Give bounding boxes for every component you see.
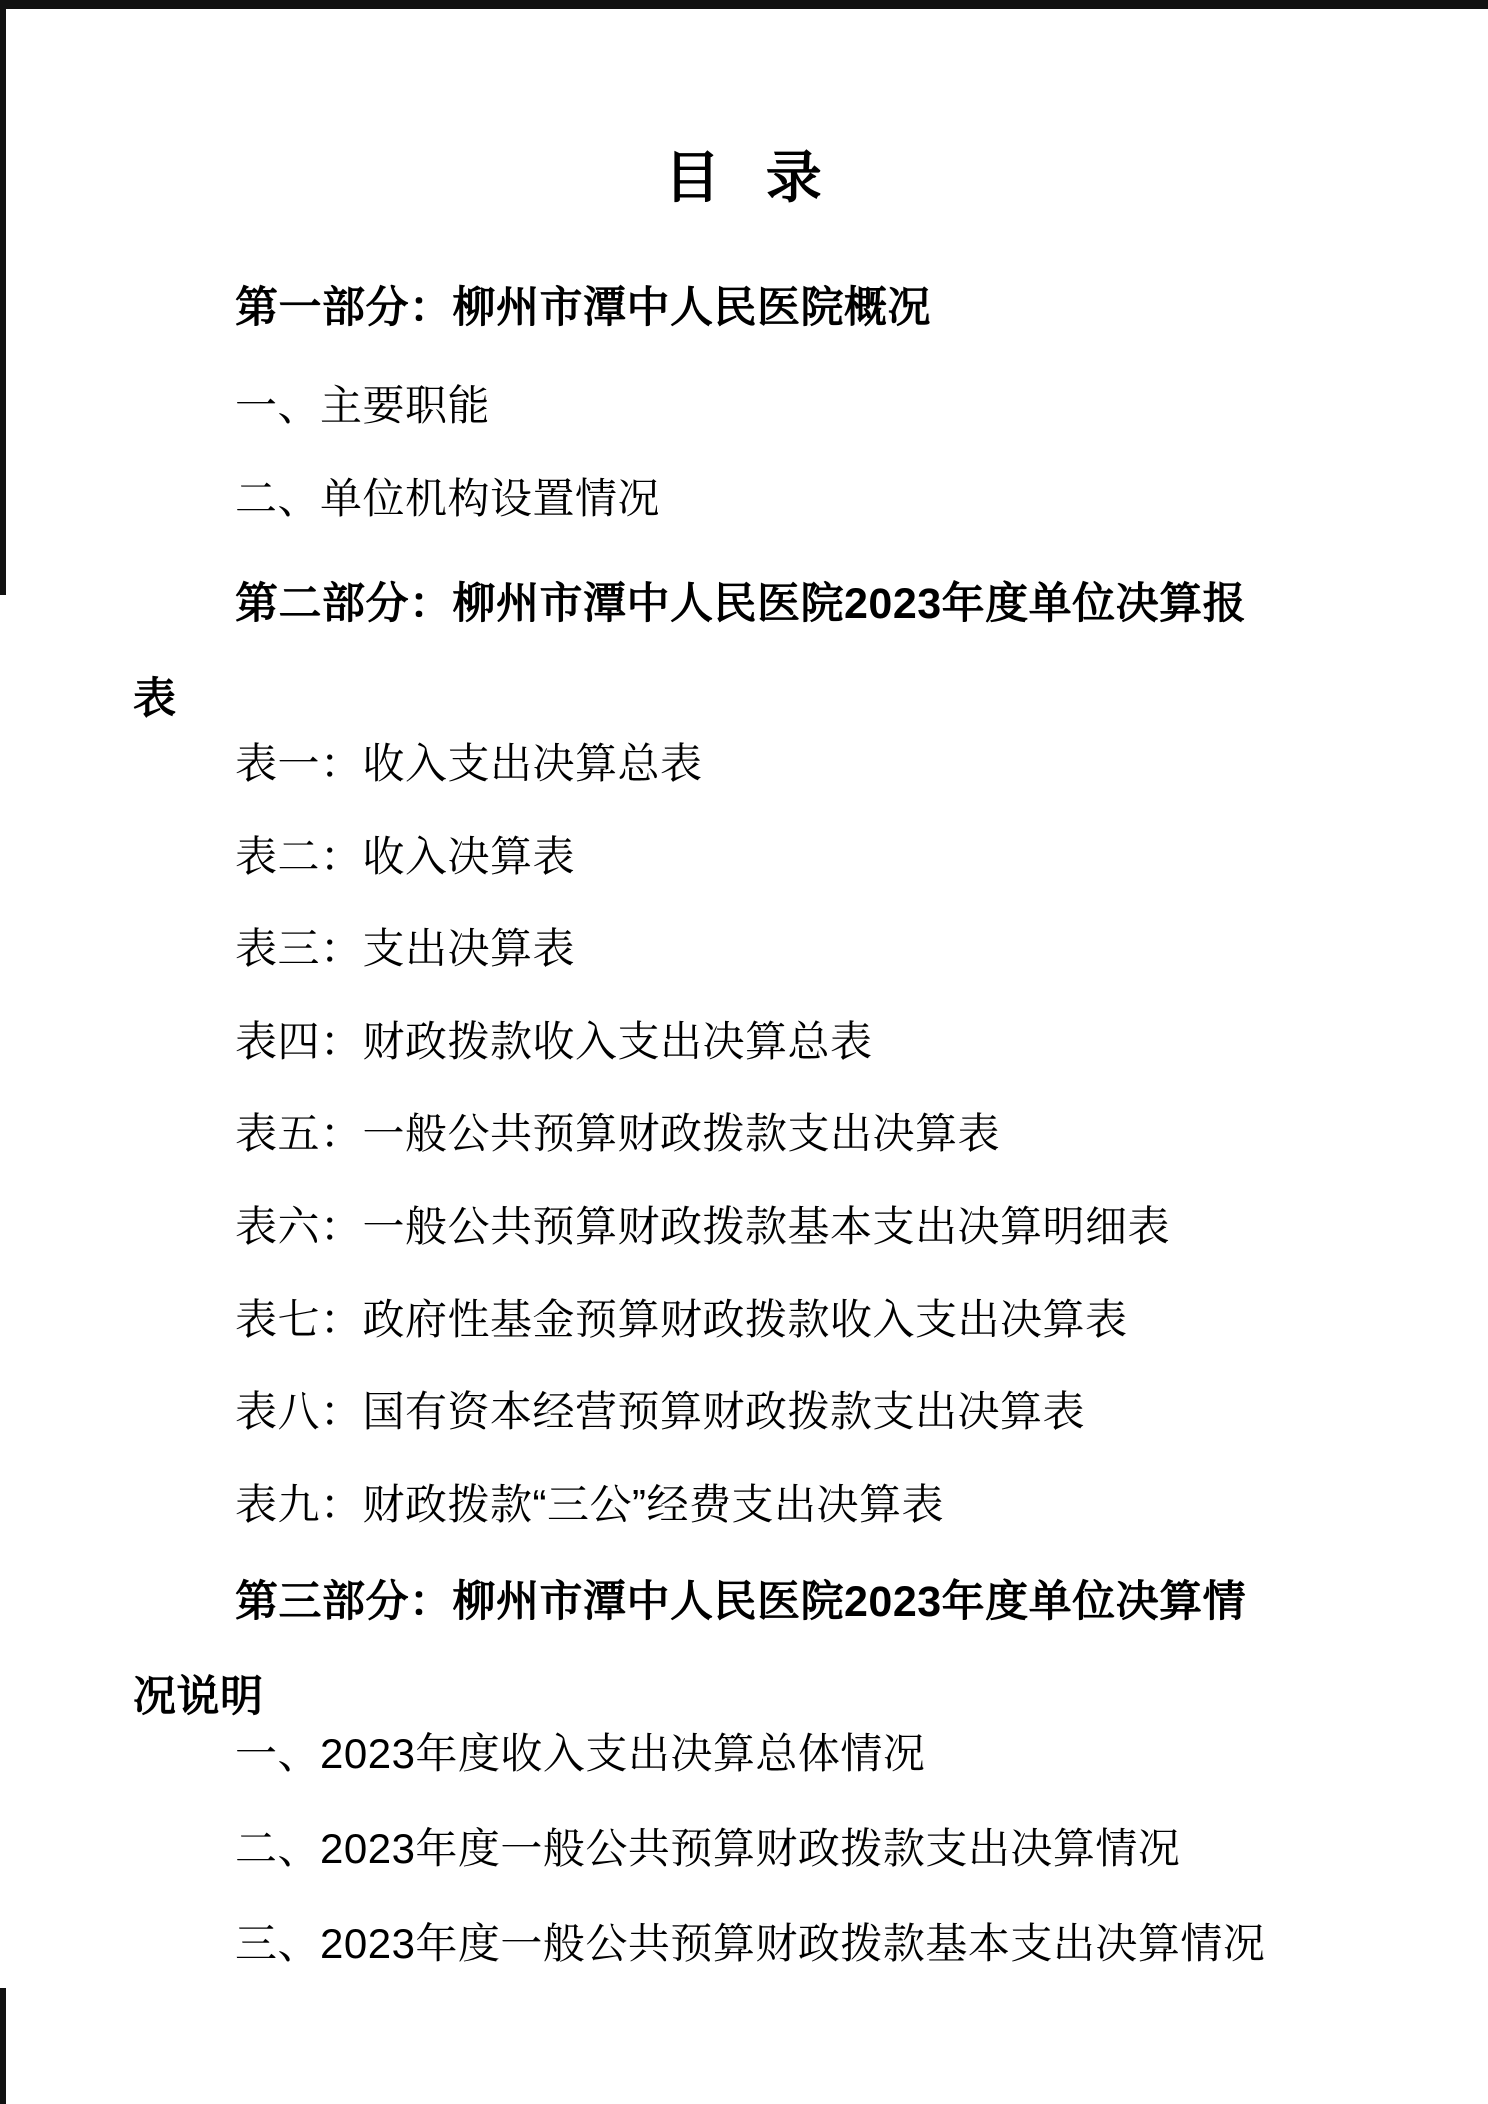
section-2-heading-line-2: 表 — [133, 676, 177, 722]
section-3-heading-line-2: 况说明 — [133, 1674, 264, 1720]
toc-item: 一、主要职能 — [235, 383, 490, 428]
toc-item: 三、2023年度一般公共预算财政拨款基本支出决算情况 — [235, 1921, 1265, 1966]
section-3-heading-line-1: 第三部分：柳州市潭中人民医院2023年度单位决算情 — [235, 1579, 1246, 1625]
section-1-heading: 第一部分：柳州市潭中人民医院概况 — [235, 285, 931, 331]
section-2-heading-line-1: 第二部分：柳州市潭中人民医院2023年度单位决算报 — [235, 581, 1246, 627]
scan-artifact-left-edge — [0, 0, 6, 595]
toc-item: 表六：一般公共预算财政拨款基本支出决算明细表 — [235, 1204, 1170, 1249]
toc-item: 表一：收入支出决算总表 — [235, 741, 703, 786]
scan-artifact-bottom-left-edge — [0, 1988, 6, 2104]
toc-item: 表五：一般公共预算财政拨款支出决算表 — [235, 1111, 1000, 1156]
toc-item: 表七：政府性基金预算财政拨款收入支出决算表 — [235, 1297, 1128, 1342]
toc-item: 表四：财政拨款收入支出决算总表 — [235, 1019, 873, 1064]
toc-item: 表八：国有资本经营预算财政拨款支出决算表 — [235, 1389, 1085, 1434]
scan-artifact-top-edge — [0, 0, 1488, 9]
toc-document-page: 目 录 第一部分：柳州市潭中人民医院概况 一、主要职能 二、单位机构设置情况 第… — [0, 0, 1488, 2104]
toc-item: 表三：支出决算表 — [235, 926, 575, 971]
toc-item: 二、单位机构设置情况 — [235, 476, 660, 521]
toc-item: 二、2023年度一般公共预算财政拨款支出决算情况 — [235, 1826, 1180, 1871]
toc-item: 表二：收入决算表 — [235, 834, 575, 879]
toc-item: 表九：财政拨款“三公”经费支出决算表 — [235, 1482, 944, 1527]
toc-item: 一、2023年度收入支出决算总体情况 — [235, 1731, 925, 1776]
toc-title: 目 录 — [0, 148, 1488, 208]
